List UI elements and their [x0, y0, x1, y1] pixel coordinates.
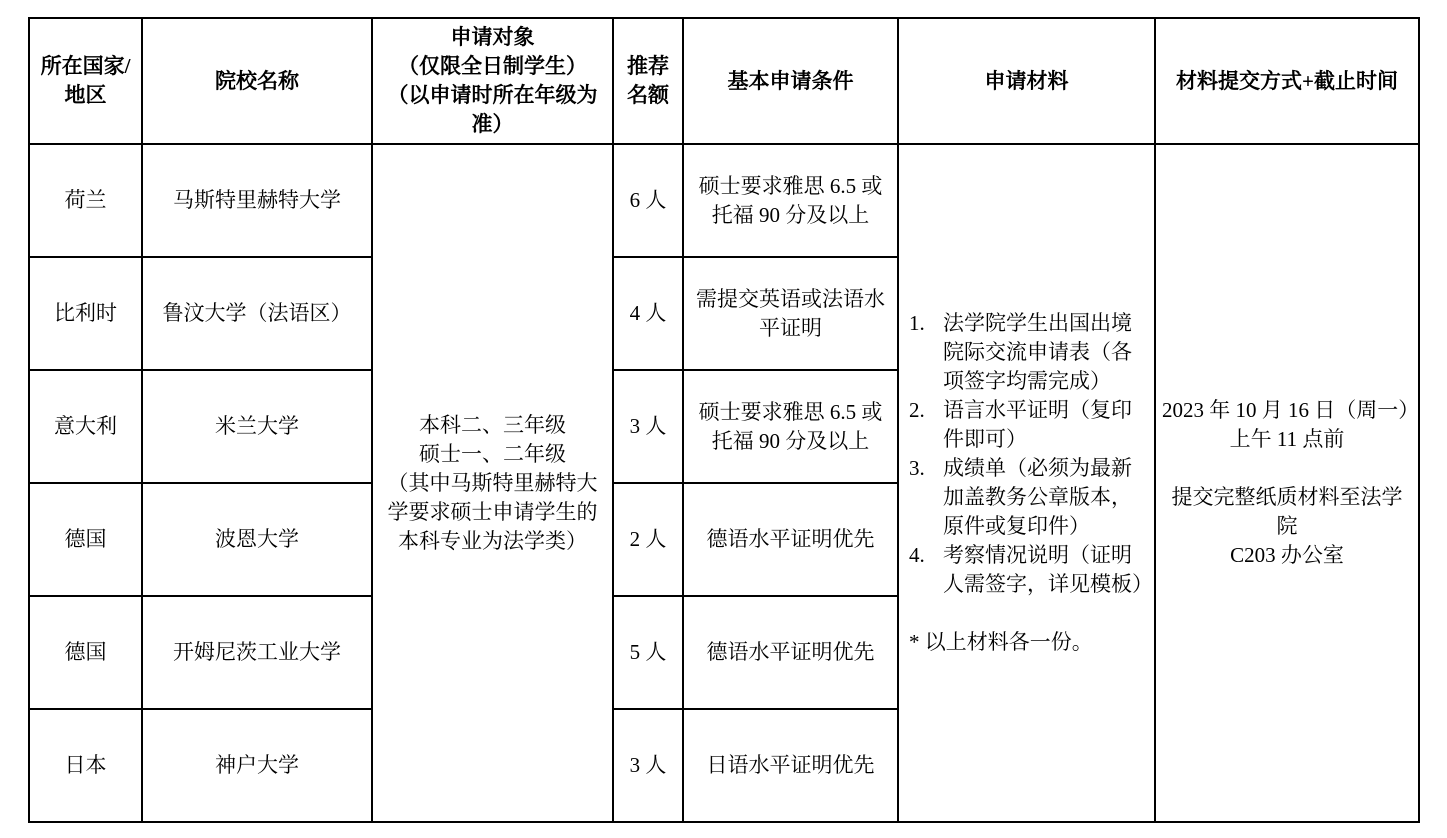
cell-condition: 需提交英语或法语水平证明 — [683, 257, 898, 370]
header-country-line: 所在国家/ — [36, 52, 135, 81]
cell-condition: 日语水平证明优先 — [683, 709, 898, 822]
header-quota-line: 推荐 — [620, 52, 676, 81]
materials-item-text: 法学院学生出国出境院际交流申请表（各项签字均需完成） — [943, 309, 1146, 396]
header-target-line: 申请对象 — [379, 23, 606, 52]
cell-school: 波恩大学 — [142, 483, 372, 596]
submission-line: 上午 11 点前 — [1162, 425, 1412, 454]
submission-line: 2023 年 10 月 16 日（周一） — [1162, 396, 1412, 425]
target-line: 本科二、三年级 — [379, 411, 606, 440]
header-submission: 材料提交方式+截止时间 — [1155, 18, 1419, 144]
materials-blank-line — [909, 599, 1146, 628]
cell-country: 德国 — [29, 596, 142, 709]
materials-item-text: 考察情况说明（证明人需签字，详见模板） — [943, 541, 1146, 599]
cell-materials-merged: 1. 法学院学生出国出境院际交流申请表（各项签字均需完成） 2. 语言水平证明（… — [898, 144, 1155, 822]
materials-item: 3. 成绩单（必须为最新加盖教务公章版本，原件或复印件） — [909, 454, 1146, 541]
header-quota: 推荐 名额 — [613, 18, 683, 144]
submission-blank-line — [1162, 454, 1412, 483]
table-row: 荷兰 马斯特里赫特大学 本科二、三年级 硕士一、二年级 （其中马斯特里赫特大学要… — [29, 144, 1419, 257]
materials-item: 1. 法学院学生出国出境院际交流申请表（各项签字均需完成） — [909, 309, 1146, 396]
header-row: 所在国家/ 地区 院校名称 申请对象 （仅限全日制学生） （以申请时所在年级为准… — [29, 18, 1419, 144]
cell-condition: 德语水平证明优先 — [683, 483, 898, 596]
cell-condition: 硕士要求雅思 6.5 或托福 90 分及以上 — [683, 370, 898, 483]
target-line: （其中马斯特里赫特大学要求硕士申请学生的本科专业为法学类） — [379, 469, 606, 556]
cell-school: 米兰大学 — [142, 370, 372, 483]
materials-item-number: 3. — [909, 454, 943, 483]
materials-item: 2. 语言水平证明（复印件即可） — [909, 396, 1146, 454]
cell-quota: 3 人 — [613, 370, 683, 483]
cell-country: 荷兰 — [29, 144, 142, 257]
materials-item-number: 2. — [909, 396, 943, 425]
cell-school: 鲁汶大学（法语区） — [142, 257, 372, 370]
cell-condition: 硕士要求雅思 6.5 或托福 90 分及以上 — [683, 144, 898, 257]
cell-condition: 德语水平证明优先 — [683, 596, 898, 709]
cell-quota: 6 人 — [613, 144, 683, 257]
cell-target-merged: 本科二、三年级 硕士一、二年级 （其中马斯特里赫特大学要求硕士申请学生的本科专业… — [372, 144, 613, 822]
materials-item-text: 语言水平证明（复印件即可） — [943, 396, 1146, 454]
header-country-line: 地区 — [36, 81, 135, 110]
header-conditions: 基本申请条件 — [683, 18, 898, 144]
materials-item-number: 4. — [909, 541, 943, 570]
cell-quota: 4 人 — [613, 257, 683, 370]
cell-country: 德国 — [29, 483, 142, 596]
header-target-line: （以申请时所在年级为准） — [379, 81, 606, 139]
exchange-programs-table: 所在国家/ 地区 院校名称 申请对象 （仅限全日制学生） （以申请时所在年级为准… — [28, 17, 1420, 823]
document-page: 所在国家/ 地区 院校名称 申请对象 （仅限全日制学生） （以申请时所在年级为准… — [0, 0, 1447, 838]
materials-item: 4. 考察情况说明（证明人需签字，详见模板） — [909, 541, 1146, 599]
cell-quota: 5 人 — [613, 596, 683, 709]
header-target: 申请对象 （仅限全日制学生） （以申请时所在年级为准） — [372, 18, 613, 144]
cell-school: 马斯特里赫特大学 — [142, 144, 372, 257]
header-quota-line: 名额 — [620, 81, 676, 110]
header-target-line: （仅限全日制学生） — [379, 52, 606, 81]
cell-country: 日本 — [29, 709, 142, 822]
cell-submission-merged: 2023 年 10 月 16 日（周一） 上午 11 点前 提交完整纸质材料至法… — [1155, 144, 1419, 822]
materials-item-number: 1. — [909, 309, 943, 338]
header-country: 所在国家/ 地区 — [29, 18, 142, 144]
materials-item-text: 成绩单（必须为最新加盖教务公章版本，原件或复印件） — [943, 454, 1146, 541]
cell-school: 神户大学 — [142, 709, 372, 822]
cell-country: 比利时 — [29, 257, 142, 370]
header-school: 院校名称 — [142, 18, 372, 144]
cell-quota: 2 人 — [613, 483, 683, 596]
cell-quota: 3 人 — [613, 709, 683, 822]
submission-line: 提交完整纸质材料至法学院 — [1162, 483, 1412, 541]
cell-school: 开姆尼茨工业大学 — [142, 596, 372, 709]
header-materials: 申请材料 — [898, 18, 1155, 144]
target-line: 硕士一、二年级 — [379, 440, 606, 469]
submission-line: C203 办公室 — [1162, 541, 1412, 570]
cell-country: 意大利 — [29, 370, 142, 483]
materials-note: * 以上材料各一份。 — [909, 628, 1146, 657]
